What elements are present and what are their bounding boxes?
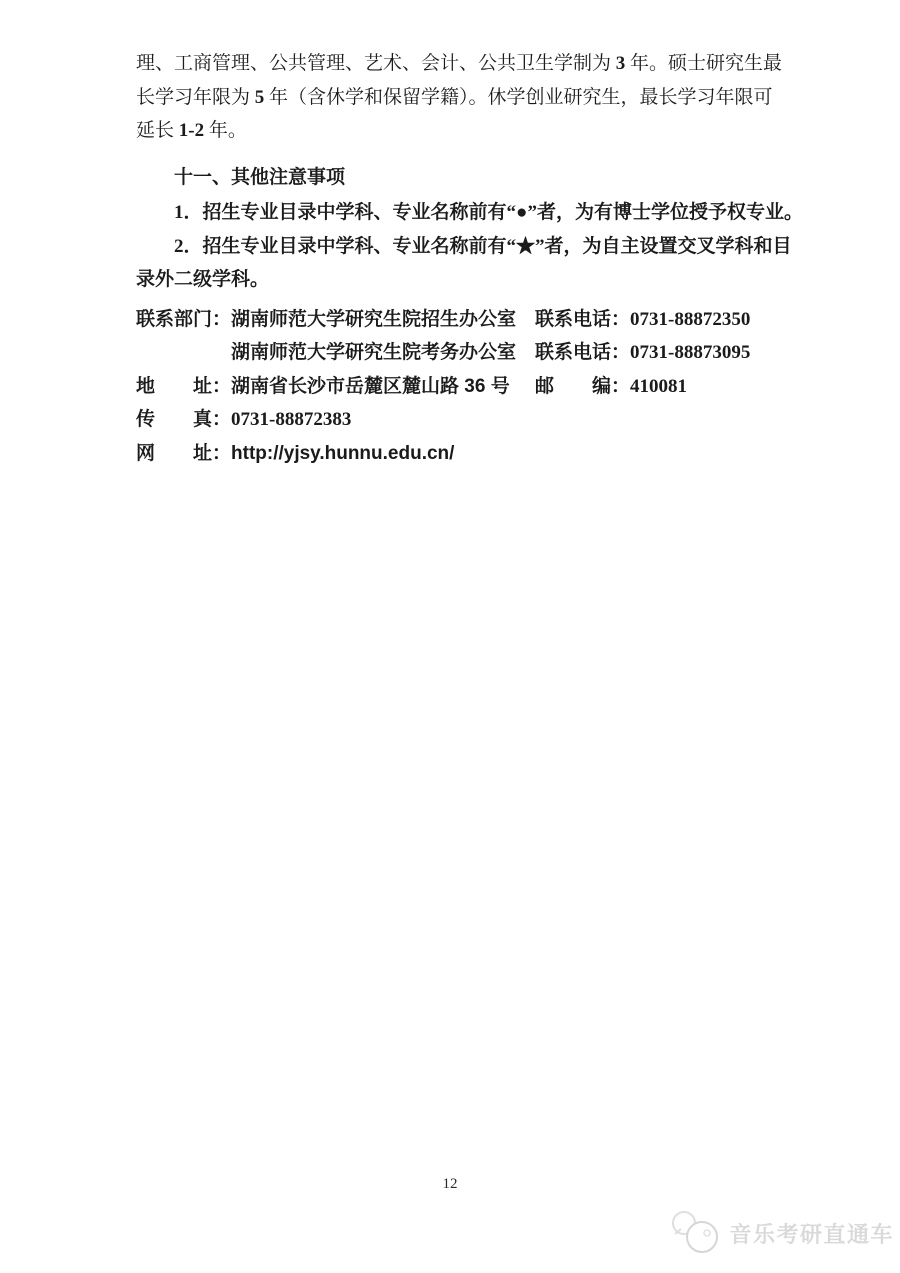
contact-label: 网 址： [136,437,231,471]
contact-fax-number: 0731-88872383 [231,403,351,437]
text-line: 1．招生专业目录中学科、专业名称前有“●”者，为有博士学位授予权专业。 [136,196,796,230]
text-line: 录外二级学科。 [136,263,796,297]
music-mascot-icon [669,1208,723,1258]
contact-label: 联系电话： [535,303,630,337]
notice-item-1: 1．招生专业目录中学科、专业名称前有“●”者，为有博士学位授予权专业。 [136,196,796,230]
contact-postcode: 410081 [630,370,687,404]
contact-phone: 0731-88872350 [630,303,750,337]
contact-website-url: http://yjsy.hunnu.edu.cn/ [231,437,454,471]
notice-item-2: 2．招生专业目录中学科、专业名称前有“★”者，为自主设置交叉学科和目 录外二级学… [136,230,796,297]
contact-value: 湖南师范大学研究生院招生办公室 [231,303,516,337]
contact-label-spacer [136,336,231,370]
contact-label: 邮 编： [535,370,630,404]
contact-label: 地 址： [136,370,231,404]
document-page: 理、工商管理、公共管理、艺术、会计、公共卫生学制为 3 年。硕士研究生最 长学习… [0,0,900,1273]
section-heading-other-notes: 十一、其他注意事项 [136,161,796,195]
contact-block: 联系部门： 湖南师范大学研究生院招生办公室 联系电话： 0731-8887235… [136,303,796,471]
paragraph-study-duration: 理、工商管理、公共管理、艺术、会计、公共卫生学制为 3 年。硕士研究生最 长学习… [136,47,796,148]
contact-row-department: 联系部门： 湖南师范大学研究生院招生办公室 联系电话： 0731-8887235… [136,303,796,337]
text-line: 延长 1-2 年。 [136,114,796,148]
contact-row-address: 地 址： 湖南省长沙市岳麓区麓山路 36 号 邮 编： 410081 [136,370,796,404]
document-content: 理、工商管理、公共管理、艺术、会计、公共卫生学制为 3 年。硕士研究生最 长学习… [136,47,796,470]
watermark: 音乐考研直通车 [669,1208,894,1258]
contact-phone: 0731-88873095 [630,336,750,370]
contact-value: 湖南师范大学研究生院考务办公室 [231,336,516,370]
text-line: 2．招生专业目录中学科、专业名称前有“★”者，为自主设置交叉学科和目 [136,230,796,264]
contact-row-exam-office: 湖南师范大学研究生院考务办公室 联系电话： 0731-88873095 [136,336,796,370]
contact-label: 传 真： [136,403,231,437]
contact-address: 湖南省长沙市岳麓区麓山路 36 号 [231,370,510,404]
text-line: 理、工商管理、公共管理、艺术、会计、公共卫生学制为 3 年。硕士研究生最 [136,47,796,81]
watermark-text: 音乐考研直通车 [729,1218,894,1249]
page-number: 12 [0,1176,900,1193]
contact-row-fax: 传 真： 0731-88872383 [136,403,796,437]
contact-label: 联系电话： [535,336,630,370]
contact-row-website: 网 址： http://yjsy.hunnu.edu.cn/ [136,437,796,471]
text-line: 长学习年限为 5 年（含休学和保留学籍）。休学创业研究生，最长学习年限可 [136,81,796,115]
contact-label: 联系部门： [136,303,231,337]
